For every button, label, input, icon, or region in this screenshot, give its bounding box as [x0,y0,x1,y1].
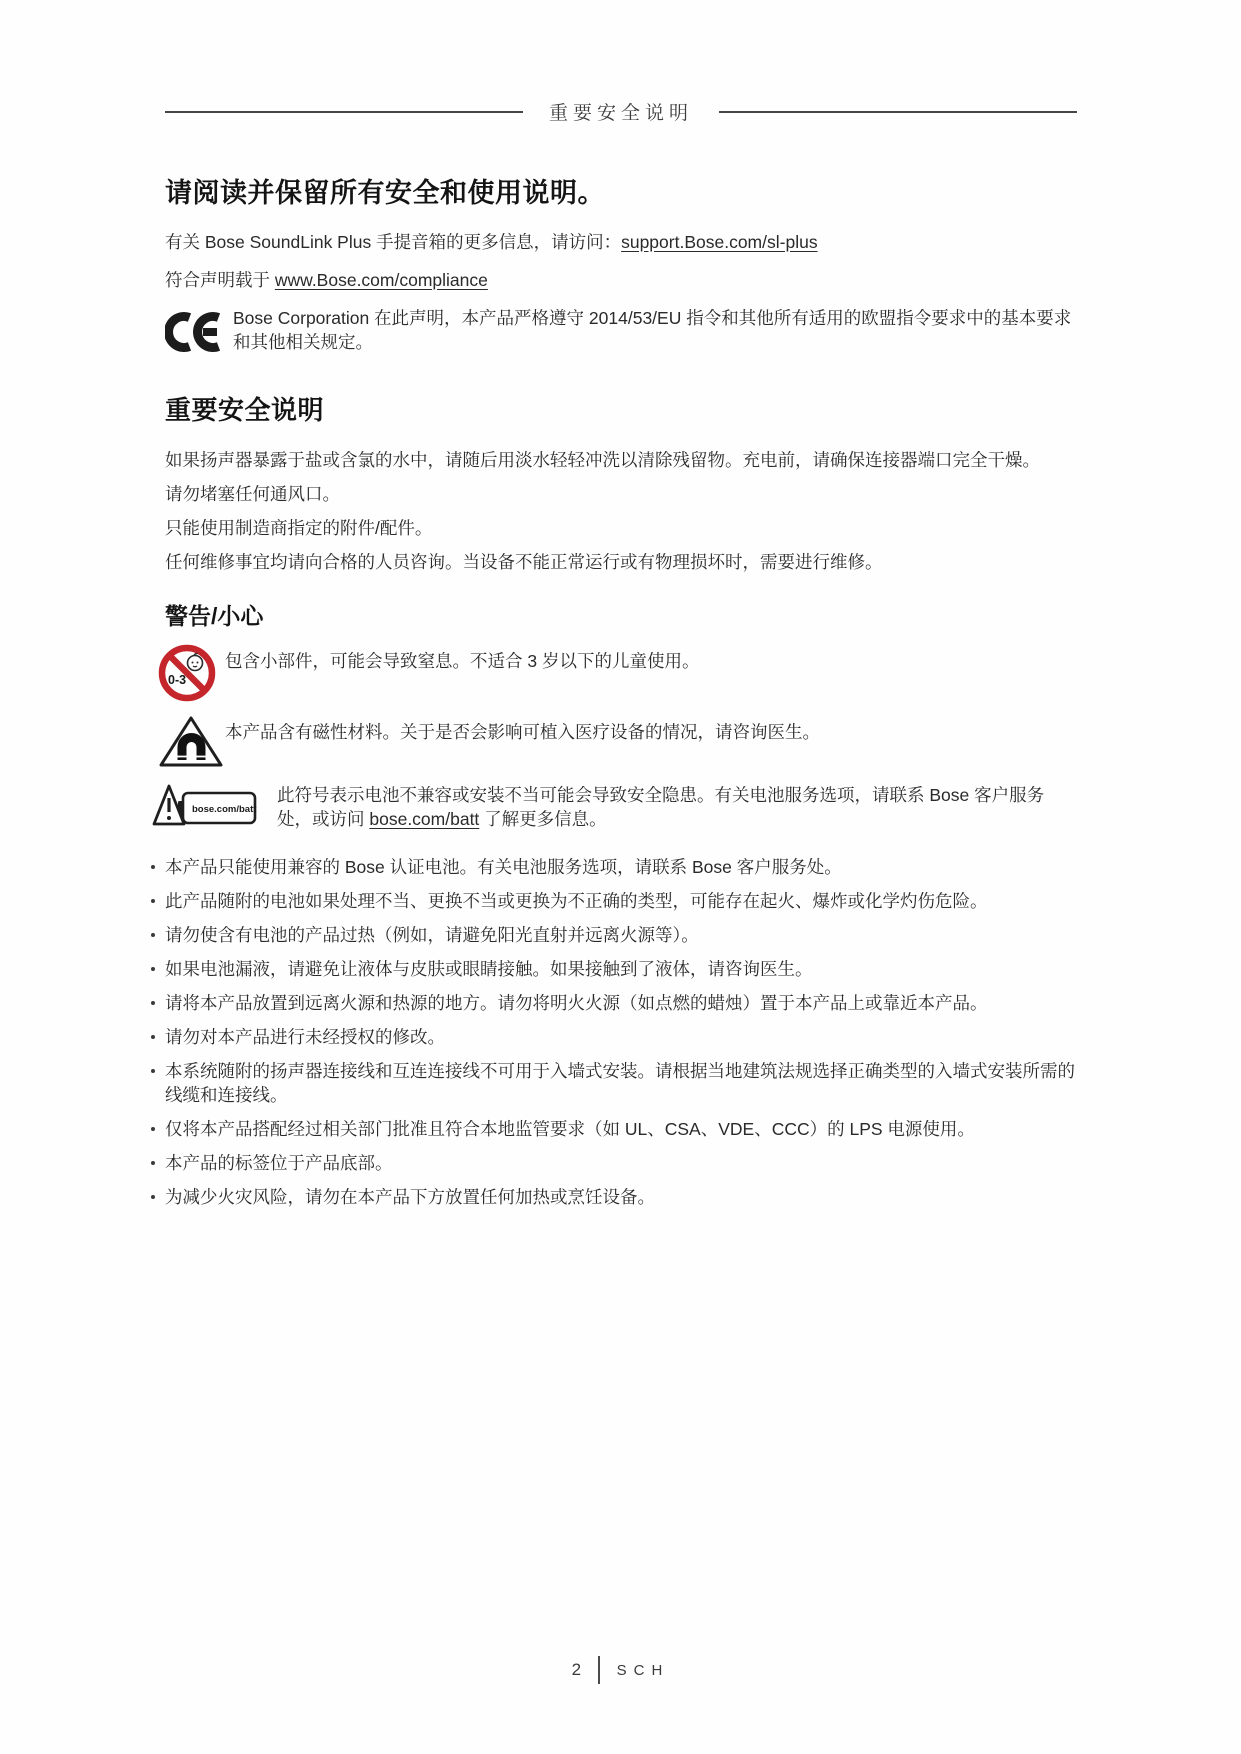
battery-warning-icon: bose.com/batt [151,781,277,833]
compliance-text: 符合声明载于 [165,270,275,290]
footer-divider [598,1656,600,1684]
document-page: 重要安全说明 请阅读并保留所有安全和使用说明。 有关 Bose SoundLin… [0,0,1241,1754]
more-info-text: 有关 Bose SoundLink Plus 手提音箱的更多信息，请访问： [165,232,621,252]
list-item: 此产品随附的电池如果处理不当、更换不当或更换为不正确的类型，可能存在起火、爆炸或… [148,889,1077,913]
page-title: 请阅读并保留所有安全和使用说明。 [165,171,1077,210]
battery-icon-url-label: bose.com/batt [192,804,257,815]
list-item: 本产品只能使用兼容的 Bose 认证电池。有关电池服务选项，请联系 Bose 客… [148,855,1077,879]
choking-icon-age-label: 0-3 [168,673,186,687]
header-title: 重要安全说明 [523,98,719,125]
list-item: 本系统随附的扬声器连接线和互连连接线不可用于入墙式安装。请根据当地建筑法规选择正… [148,1059,1077,1107]
safety-section-heading: 重要安全说明 [165,390,1077,427]
safety-paragraph: 如果扬声器暴露于盐或含氯的水中，请随后用淡水轻轻冲洗以清除残留物。充电前，请确保… [165,448,1077,472]
ce-mark-icon [165,306,233,353]
safety-bullet-list: 本产品只能使用兼容的 Bose 认证电池。有关电池服务选项，请联系 Bose 客… [165,855,1077,1209]
list-item: 请将本产品放置到远离火源和热源的地方。请勿将明火火源（如点燃的蜡烛）置于本产品上… [148,991,1077,1015]
safety-paragraph: 只能使用制造商指定的附件/配件。 [165,516,1077,540]
magnet-warning-icon [157,714,225,770]
safety-paragraph: 请勿堵塞任何通风口。 [165,482,1077,506]
ce-statement-row: Bose Corporation 在此声明，本产品严格遵守 2014/53/EU… [165,306,1077,354]
magnet-warning-text: 本产品含有磁性材料。关于是否会影响可植入医疗设备的情况，请咨询医生。 [225,714,820,744]
page-footer: 2 SCH [0,1656,1241,1684]
page-number: 2 [572,1660,581,1680]
battery-warning-row: bose.com/batt 此符号表示电池不兼容或安装不当可能会导致安全隐患。有… [165,781,1077,833]
magnet-warning-row: 本产品含有磁性材料。关于是否会影响可植入医疗设备的情况，请咨询医生。 [165,714,1077,770]
battery-link[interactable]: bose.com/batt [369,809,479,829]
list-item: 请勿对本产品进行未经授权的修改。 [148,1025,1077,1049]
support-link[interactable]: support.Bose.com/sl-plus [621,232,817,252]
list-item: 为减少火灾风险，请勿在本产品下方放置任何加热或烹饪设备。 [148,1185,1077,1209]
warnings-heading: 警告/小心 [165,598,1077,631]
compliance-line: 符合声明载于 www.Bose.com/compliance [165,268,1077,293]
choking-hazard-icon: 0-3 [157,643,225,703]
running-header: 重要安全说明 [165,98,1077,125]
list-item: 请勿使含有电池的产品过热（例如，请避免阳光直射并远离火源等）。 [148,923,1077,947]
battery-warning-post: 了解更多信息。 [479,809,606,829]
safety-paragraph: 任何维修事宜均请向合格的人员咨询。当设备不能正常运行或有物理损坏时，需要进行维修… [165,550,1077,574]
language-code: SCH [617,1662,670,1679]
choking-hazard-text: 包含小部件，可能会导致窒息。不适合 3 岁以下的儿童使用。 [225,643,699,673]
ce-statement-text: Bose Corporation 在此声明，本产品严格遵守 2014/53/EU… [233,306,1077,354]
header-rule-right [719,111,1077,113]
battery-warning-text: 此符号表示电池不兼容或安装不当可能会导致安全隐患。有关电池服务选项，请联系 Bo… [277,781,1077,831]
compliance-link[interactable]: www.Bose.com/compliance [275,270,488,290]
list-item: 本产品的标签位于产品底部。 [148,1151,1077,1175]
list-item: 仅将本产品搭配经过相关部门批准且符合本地监管要求（如 UL、CSA、VDE、CC… [148,1117,1077,1141]
page-content: 重要安全说明 请阅读并保留所有安全和使用说明。 有关 Bose SoundLin… [0,0,1241,1209]
choking-hazard-row: 0-3 包含小部件，可能会导致窒息。不适合 3 岁以下的儿童使用。 [165,643,1077,703]
list-item: 如果电池漏液，请避免让液体与皮肤或眼睛接触。如果接触到了液体，请咨询医生。 [148,957,1077,981]
header-rule-left [165,111,523,113]
more-info-line: 有关 Bose SoundLink Plus 手提音箱的更多信息，请访问：sup… [165,230,1077,255]
